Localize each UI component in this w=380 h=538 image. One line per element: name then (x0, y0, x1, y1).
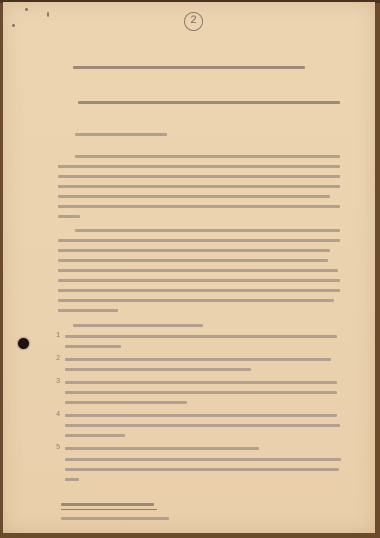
paper-speck (47, 12, 49, 17)
page-number-circle: 2 (184, 12, 203, 31)
punch-hole (18, 338, 29, 349)
closing-line (61, 517, 169, 520)
header-subtitle-line (78, 101, 340, 104)
paper-speck (25, 8, 28, 11)
scanned-document: 2 (0, 0, 380, 538)
section-subtitle (75, 133, 167, 136)
paper-speck (12, 24, 15, 27)
paper-page: 2 (3, 2, 375, 533)
header-title-line (73, 66, 305, 69)
list-intro (73, 324, 203, 327)
